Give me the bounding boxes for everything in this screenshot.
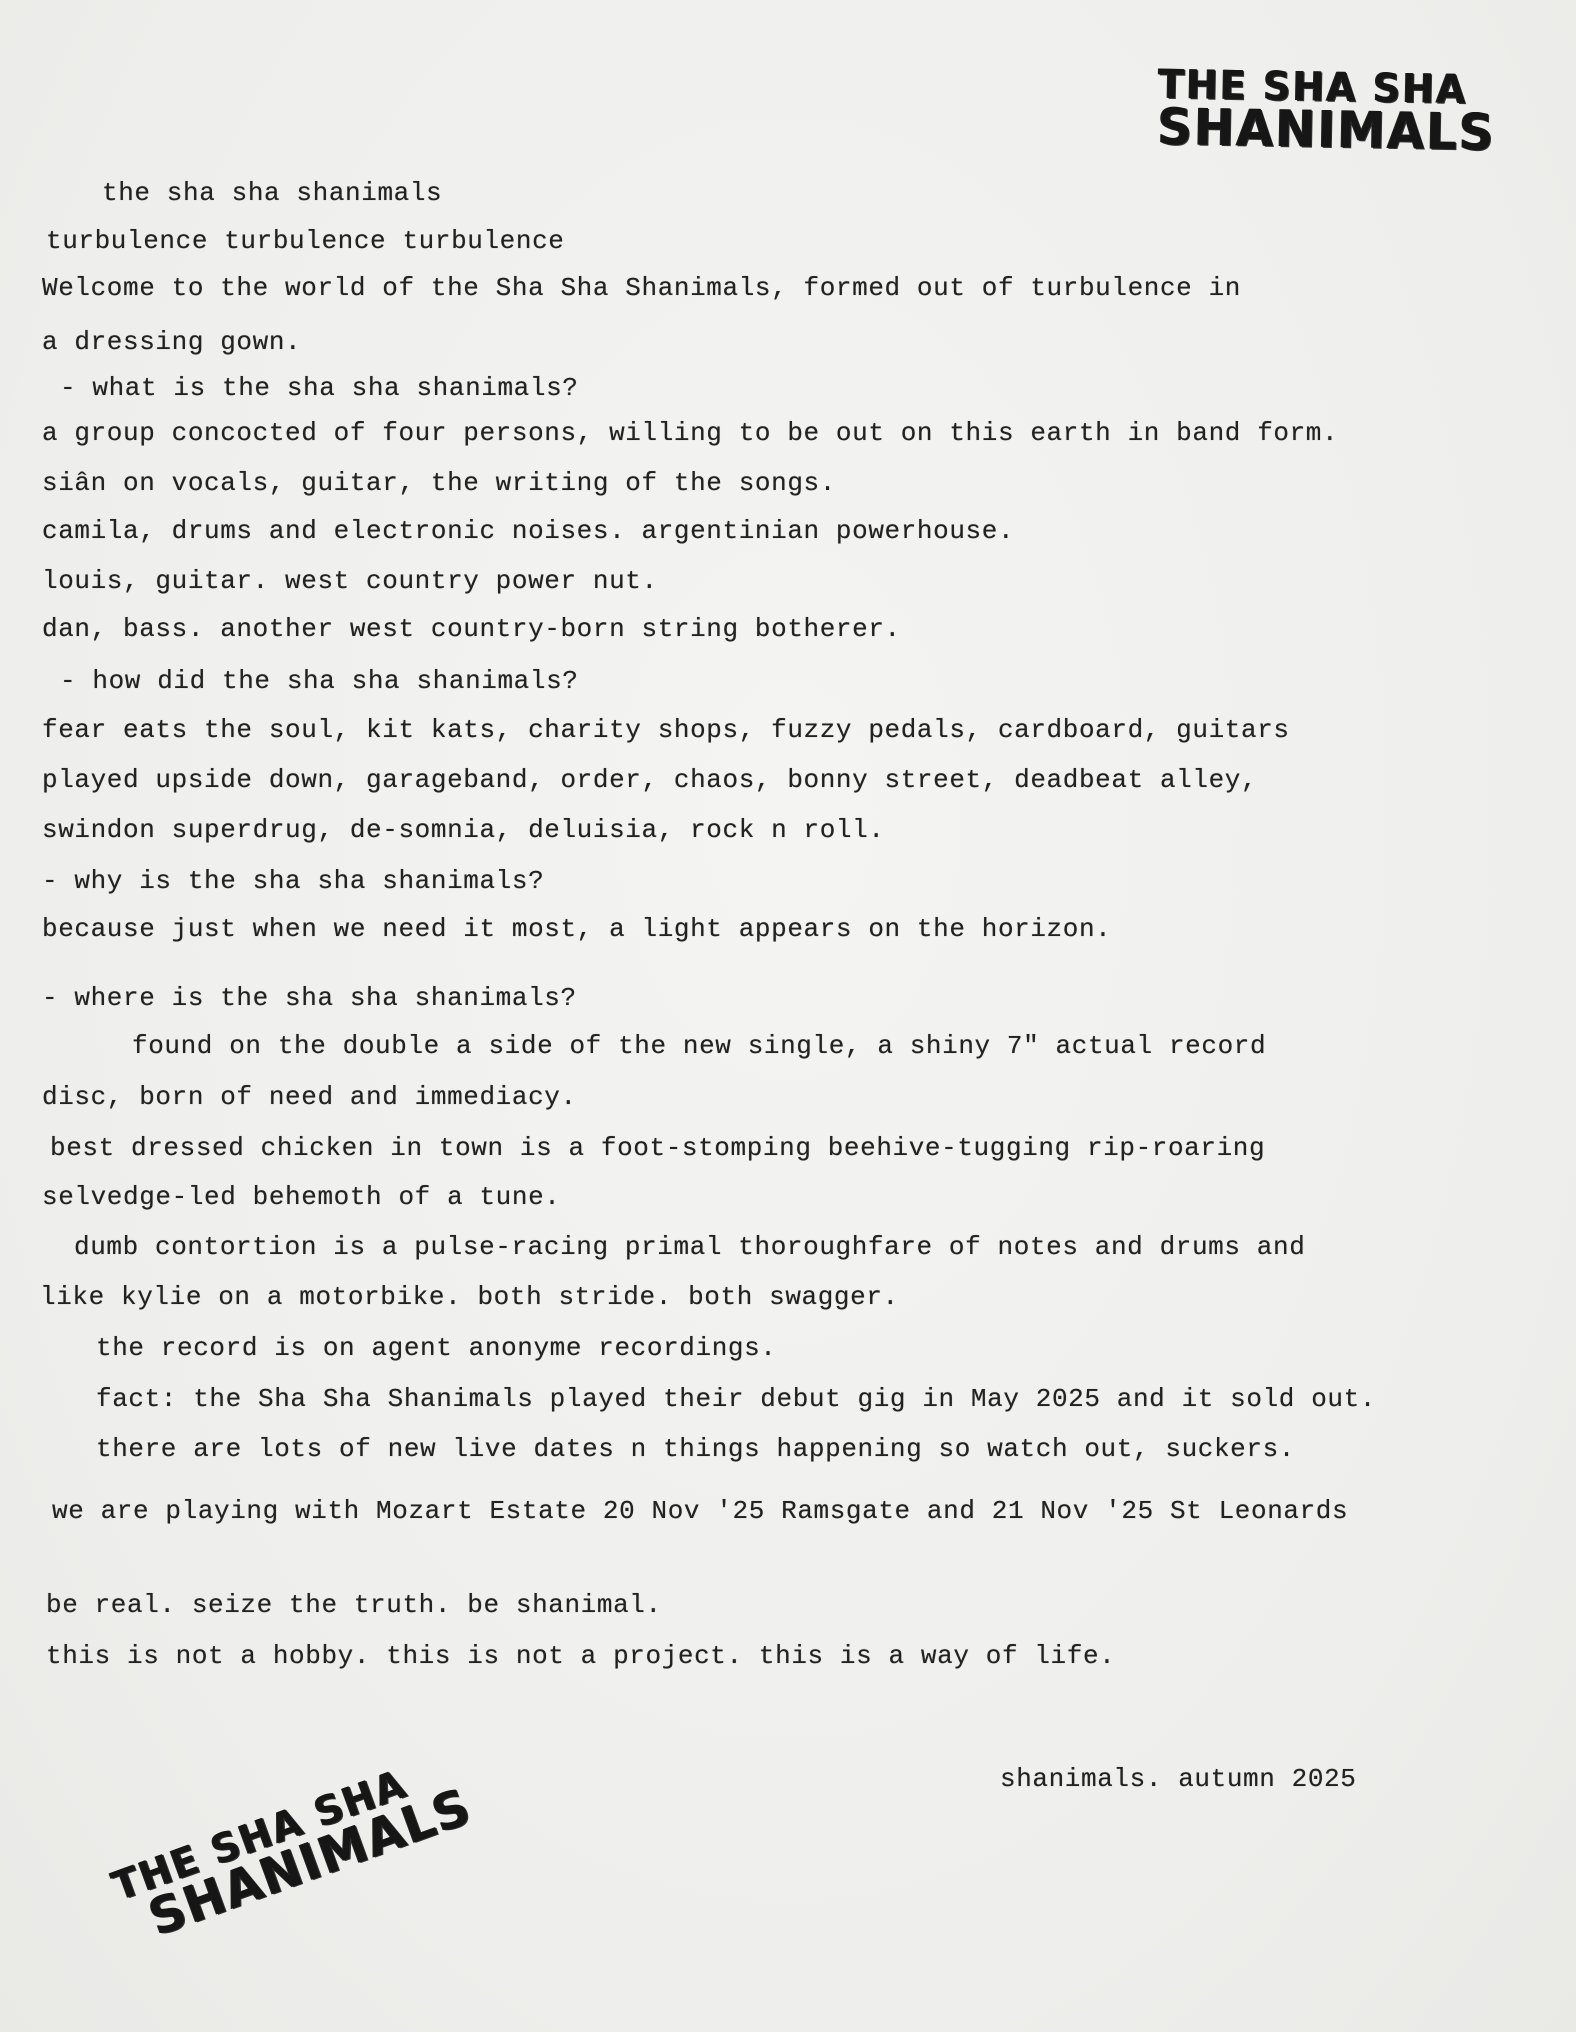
stamp-line-2: SHANIMALS [1157, 102, 1496, 158]
section-line: like kylie on a motorbike. both stride. … [40, 1282, 899, 1312]
section-question: - where is the sha sha shanimals? [42, 983, 577, 1013]
document-subtitle: turbulence turbulence turbulence [46, 226, 564, 256]
section-line: siân on vocals, guitar, the writing of t… [42, 468, 836, 498]
section-line: played upside down, garageband, order, c… [42, 765, 1257, 795]
section-line: camila, drums and electronic noises. arg… [42, 516, 1014, 546]
section-line: found on the double a side of the new si… [132, 1031, 1266, 1061]
intro-line: a dressing gown. [42, 327, 301, 357]
band-logo-stamp-top: THE SHA SHA SHANIMALS [1157, 65, 1496, 157]
section-line: dumb contortion is a pulse-racing primal… [74, 1232, 1305, 1262]
band-logo-stamp-bottom: THE SHA SHA SHANIMALS [108, 1746, 478, 1951]
typed-paper-page: THE SHA SHA SHANIMALS the sha sha shanim… [0, 0, 1576, 2032]
section-line: dan, bass. another west country-born str… [42, 614, 901, 644]
section-line: louis, guitar. west country power nut. [42, 566, 658, 596]
closing-line: this is not a hobby. this is not a proje… [46, 1641, 1115, 1671]
section-question: - why is the sha sha shanimals? [42, 866, 544, 896]
closing-line: be real. seize the truth. be shanimal. [46, 1590, 662, 1620]
section-question: - what is the sha sha shanimals? [60, 373, 578, 403]
section-line: best dressed chicken in town is a foot-s… [50, 1133, 1265, 1163]
document-title: the sha sha shanimals [102, 178, 442, 208]
section-line: fear eats the soul, kit kats, charity sh… [42, 715, 1290, 745]
section-line: because just when we need it most, a lig… [42, 914, 1111, 944]
section-line: the record is on agent anonyme recording… [96, 1333, 777, 1363]
section-line: disc, born of need and immediacy. [42, 1082, 577, 1112]
section-line: a group concocted of four persons, willi… [42, 418, 1338, 448]
section-line: selvedge-led behemoth of a tune. [42, 1182, 560, 1212]
gig-announcement: we are playing with Mozart Estate 20 Nov… [52, 1496, 1348, 1526]
intro-line: Welcome to the world of the Sha Sha Shan… [42, 273, 1241, 303]
section-line: fact: the Sha Sha Shanimals played their… [96, 1384, 1376, 1414]
section-line: there are lots of new live dates n thing… [96, 1434, 1295, 1464]
section-question: - how did the sha sha shanimals? [60, 666, 578, 696]
signature: shanimals. autumn 2025 [1000, 1764, 1356, 1794]
section-line: swindon superdrug, de-somnia, deluisia, … [42, 815, 885, 845]
